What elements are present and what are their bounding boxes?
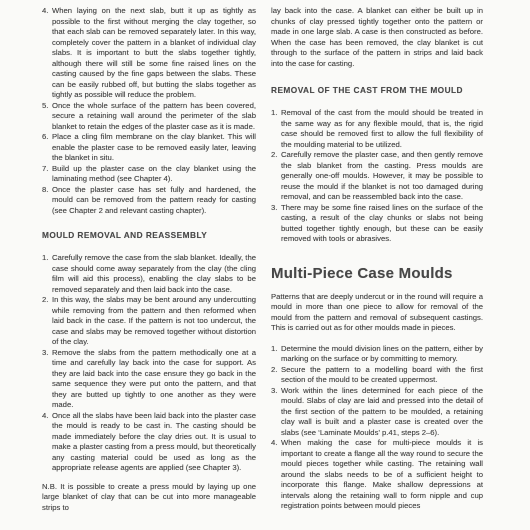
list-item: 3.Remove the slabs from the pattern meth… [42, 348, 256, 411]
list-item-text: Once the plaster case has set fully and … [52, 185, 256, 215]
numbered-list-cast-removal: 1.Removal of the cast from the mould sho… [271, 108, 483, 245]
list-item-number: 2. [271, 365, 277, 376]
list-item-text: When making the case for multi-piece mou… [281, 438, 483, 510]
list-item-number: 4. [42, 6, 48, 17]
list-item-number: 1. [271, 108, 277, 119]
list-item-number: 3. [271, 203, 277, 214]
list-item-number: 5. [42, 101, 48, 112]
list-item-text: When laying on the next slab, butt it up… [52, 6, 256, 99]
list-item-number: 7. [42, 164, 48, 175]
list-item-text: In this way, the slabs may be bent aroun… [52, 295, 256, 346]
list-item-number: 6. [42, 132, 48, 143]
list-item: 5.Once the whole surface of the pattern … [42, 101, 256, 133]
list-item: 3.Work within the lines determined for e… [271, 386, 483, 439]
list-item-text: Removal of the cast from the mould shoul… [281, 108, 483, 149]
numbered-list-multi-piece: 1.Determine the mould division lines on … [271, 344, 483, 512]
nb-note-paragraph: N.B. It is possible to create a press mo… [42, 482, 256, 514]
list-item-number: 1. [42, 253, 48, 264]
continuation-paragraph: lay back into the case. A blanket can ei… [271, 6, 483, 69]
list-item: 3.There may be some fine raised lines on… [271, 203, 483, 245]
list-item: 7.Build up the plaster case on the clay … [42, 164, 256, 185]
list-item: 8.Once the plaster case has set fully an… [42, 185, 256, 217]
list-item-text: Once the whole surface of the pattern ha… [52, 101, 256, 131]
list-item-number: 4. [42, 411, 48, 422]
list-item-text: Carefully remove the case from the slab … [52, 253, 256, 294]
list-item-text: Build up the plaster case on the clay bl… [52, 164, 256, 184]
section-heading-mould-removal: MOULD REMOVAL AND REASSEMBLY [42, 230, 256, 241]
numbered-list-slabs: 4.When laying on the next slab, butt it … [42, 6, 256, 216]
list-item: 1.Removal of the cast from the mould sho… [271, 108, 483, 150]
list-item: 4.Once all the slabs have been laid back… [42, 411, 256, 474]
list-item-text: Work within the lines determined for eac… [281, 386, 483, 437]
list-item-text: Once all the slabs have been laid back i… [52, 411, 256, 473]
list-item-number: 2. [271, 150, 277, 161]
right-column: lay back into the case. A blanket can ei… [271, 6, 483, 512]
list-item: 1.Determine the mould division lines on … [271, 344, 483, 365]
list-item-number: 1. [271, 344, 277, 355]
list-item-number: 8. [42, 185, 48, 196]
list-item: 2.Carefully remove the plaster case, and… [271, 150, 483, 203]
list-item: 2.Secure the pattern to a modelling boar… [271, 365, 483, 386]
list-item-text: Determine the mould division lines on th… [281, 344, 483, 364]
list-item-text: There may be some fine raised lines on t… [281, 203, 483, 244]
scanned-book-page: 4.When laying on the next slab, butt it … [0, 0, 530, 530]
list-item-text: Place a cling film membrane on the clay … [52, 132, 256, 162]
list-item-text: Secure the pattern to a modelling board … [281, 365, 483, 385]
list-item-number: 3. [271, 386, 277, 397]
list-item: 6.Place a cling film membrane on the cla… [42, 132, 256, 164]
left-column: 4.When laying on the next slab, butt it … [42, 6, 256, 513]
list-item: 1.Carefully remove the case from the sla… [42, 253, 256, 295]
list-item-text: Carefully remove the plaster case, and t… [281, 150, 483, 201]
multi-piece-intro-paragraph: Patterns that are deeply undercut or in … [271, 292, 483, 334]
list-item: 2.In this way, the slabs may be bent aro… [42, 295, 256, 348]
chapter-heading-multi-piece: Multi-Piece Case Moulds [271, 265, 483, 282]
list-item-number: 3. [42, 348, 48, 359]
list-item: 4.When laying on the next slab, butt it … [42, 6, 256, 101]
list-item: 4.When making the case for multi-piece m… [271, 438, 483, 512]
section-heading-removal-of-cast: REMOVAL OF THE CAST FROM THE MOULD [271, 85, 483, 96]
numbered-list-removal-reassembly: 1.Carefully remove the case from the sla… [42, 253, 256, 474]
list-item-text: Remove the slabs from the pattern method… [52, 348, 256, 410]
list-item-number: 2. [42, 295, 48, 306]
list-item-number: 4. [271, 438, 277, 449]
